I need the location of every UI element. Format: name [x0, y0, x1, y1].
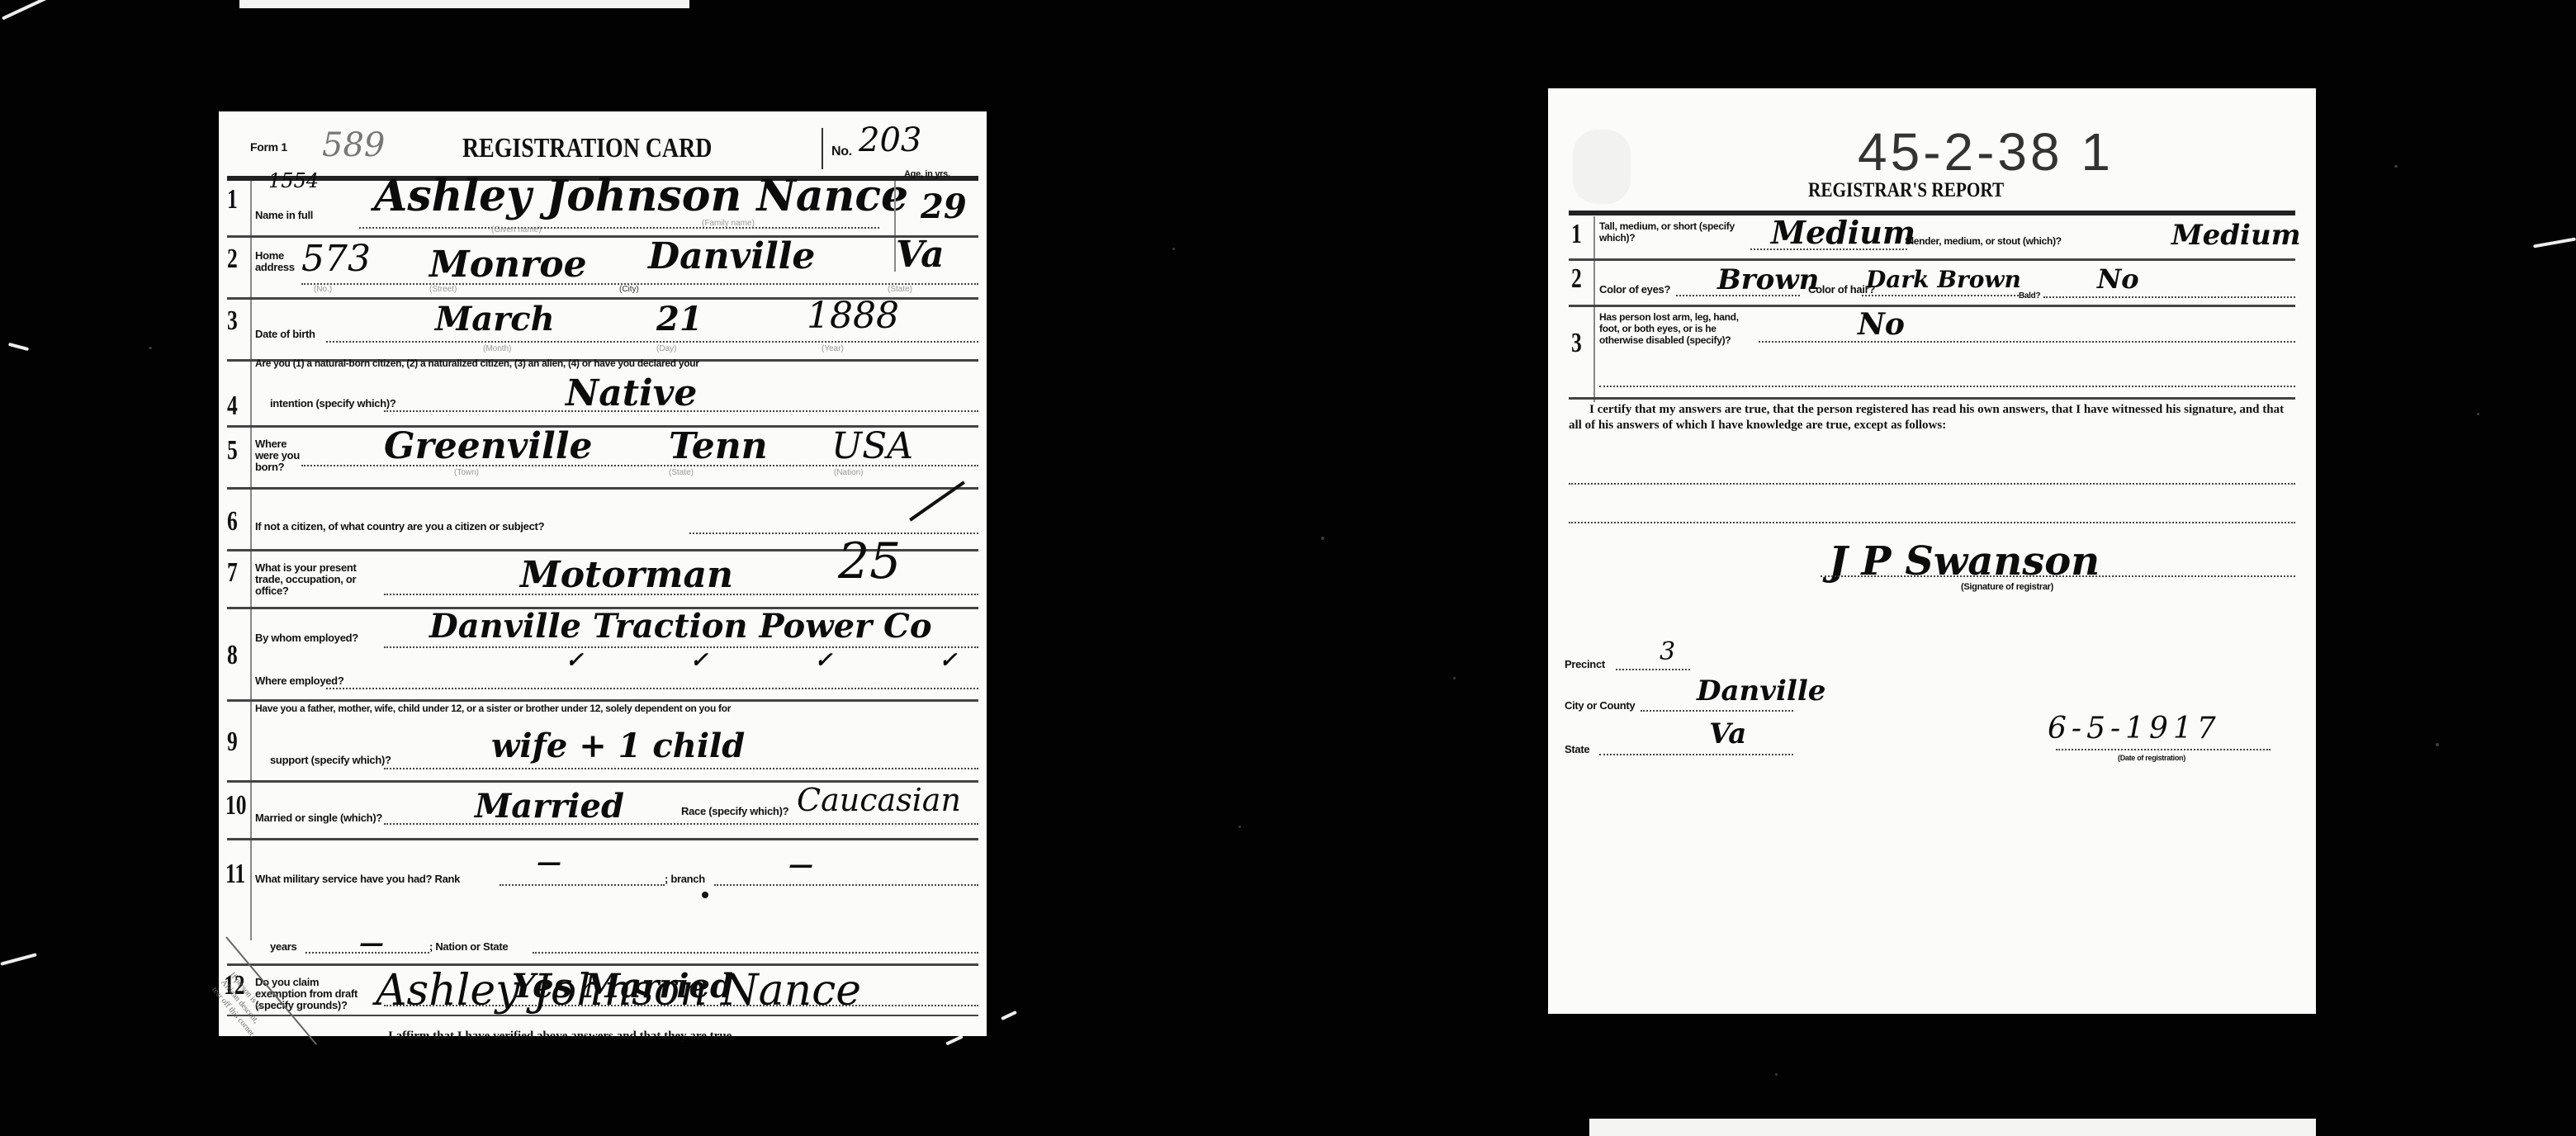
adjacent-card-fragment-bottom [1589, 1119, 2316, 1136]
registrar-signature: J P Swanson [1829, 538, 2100, 585]
age-label: Age, in yrs. [904, 169, 950, 179]
form-number: 589 [322, 126, 385, 164]
scratch-mark [945, 1035, 964, 1046]
registrar-signature-label: (Signature of registrar) [1961, 582, 2053, 592]
form-label: Form 1 [250, 140, 287, 154]
certification-text: I certify that my answers are true, that… [1569, 402, 2299, 433]
registrar-report-card: 45-2-38 1 REGISTRAR'S REPORT 1 Tall, med… [1548, 88, 2316, 1014]
report-title: REGISTRAR'S REPORT [1808, 179, 2004, 202]
name-value: Ashley Johnson Nance [374, 171, 908, 221]
serial-no-label: No. [831, 144, 852, 159]
occupation-note: 25 [838, 532, 901, 590]
scratch-mark [8, 343, 29, 351]
scratch-mark [1001, 1011, 1017, 1020]
scratch-mark [0, 953, 37, 966]
card-title: REGISTRATION CARD [462, 133, 712, 164]
age-value: 29 [921, 187, 967, 226]
affirmation-text: I affirm that I have verified above answ… [388, 1029, 735, 1044]
adjacent-card-fragment-top [239, 0, 689, 8]
scratch-mark [2, 0, 48, 20]
name-prefix: 1554 [268, 169, 319, 192]
serial-number: 203 [859, 121, 921, 159]
stamp-number: 45-2-38 1 [1858, 121, 2114, 182]
scratch-mark [2533, 238, 2576, 248]
registration-card: Form 1 589 REGISTRATION CARD No. 203 1 1… [219, 111, 987, 1036]
